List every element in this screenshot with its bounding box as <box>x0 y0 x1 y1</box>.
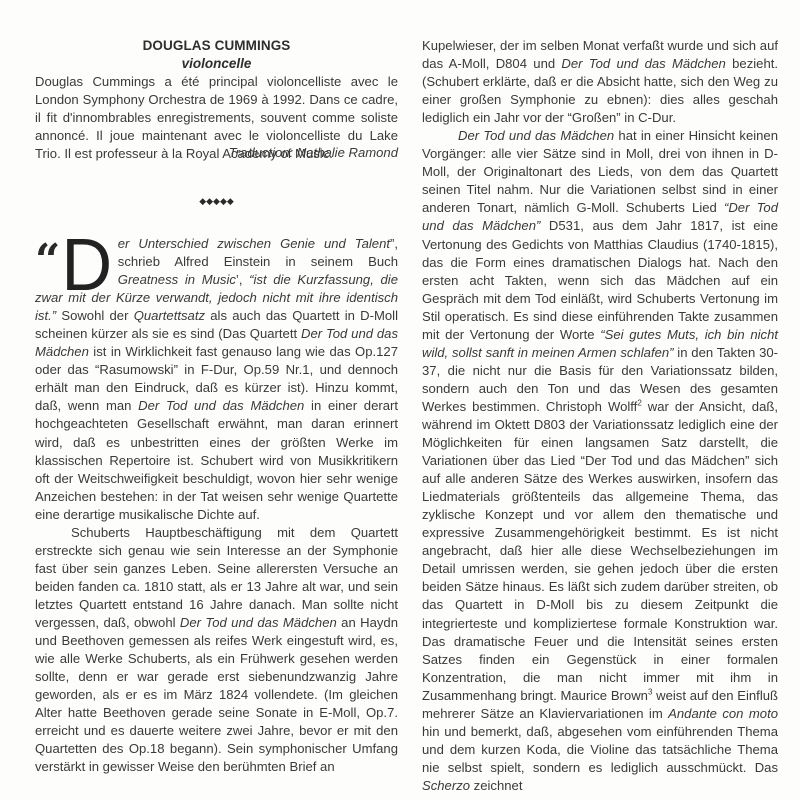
book-title: Greatness in Music <box>118 272 236 287</box>
text-run: Sowohl der <box>56 308 134 323</box>
text-run: hin und bemerkt, daß, abgesehen vom einf… <box>422 724 778 775</box>
essay-left-column: “D er Unterschied zwischen Genie und Tal… <box>35 235 398 776</box>
drop-cap-quote-mark: “ <box>35 239 58 283</box>
drop-cap-letter: D <box>62 235 113 295</box>
text-run: an Haydn und Beethoven gemessen als reif… <box>35 615 398 774</box>
translation-credit: Traduction: Nathalie Ramond <box>35 145 398 160</box>
essay-right-column: Kupelwieser, der im selben Monat verfaßt… <box>422 37 778 795</box>
work-title: Der Tod und das Mädchen <box>138 398 304 413</box>
movement-title: Scherzo <box>422 778 470 793</box>
essay-paragraph-4: Der Tod und das Mädchen hat in einer Hin… <box>422 127 778 795</box>
performer-instrument: violoncelle <box>35 56 398 71</box>
text-run: in einer derart hochgeachteten Gesellsch… <box>35 398 398 521</box>
text-run: zeichnet <box>470 778 522 793</box>
quote-text: er Unterschied zwischen Genie und Talent <box>118 236 390 251</box>
work-title: Quartettsatz <box>134 308 205 323</box>
essay-paragraph-3: Kupelwieser, der im selben Monat verfaßt… <box>422 37 778 127</box>
drop-cap: “D <box>35 235 114 287</box>
section-separator-diamonds: ◆◆◆◆◆ <box>35 196 398 207</box>
work-title: Der Tod und das Mädchen <box>180 615 337 630</box>
work-title: Der Tod und das Mädchen <box>458 128 614 143</box>
performer-name: DOUGLAS CUMMINGS <box>35 38 398 53</box>
essay-paragraph-1: “D er Unterschied zwischen Genie und Tal… <box>35 235 398 524</box>
movement-title: Andante con moto <box>668 706 778 721</box>
text-run: war der Ansicht, daß, während im Oktett … <box>422 399 778 703</box>
work-title: Der Tod und das Mädchen <box>561 56 725 71</box>
text-run: D531, aus dem Jahr 1817, ist eine Verton… <box>422 218 778 341</box>
essay-paragraph-2: Schuberts Hauptbeschäftigung mit dem Qua… <box>35 524 398 777</box>
text-run: ’, <box>236 272 249 287</box>
